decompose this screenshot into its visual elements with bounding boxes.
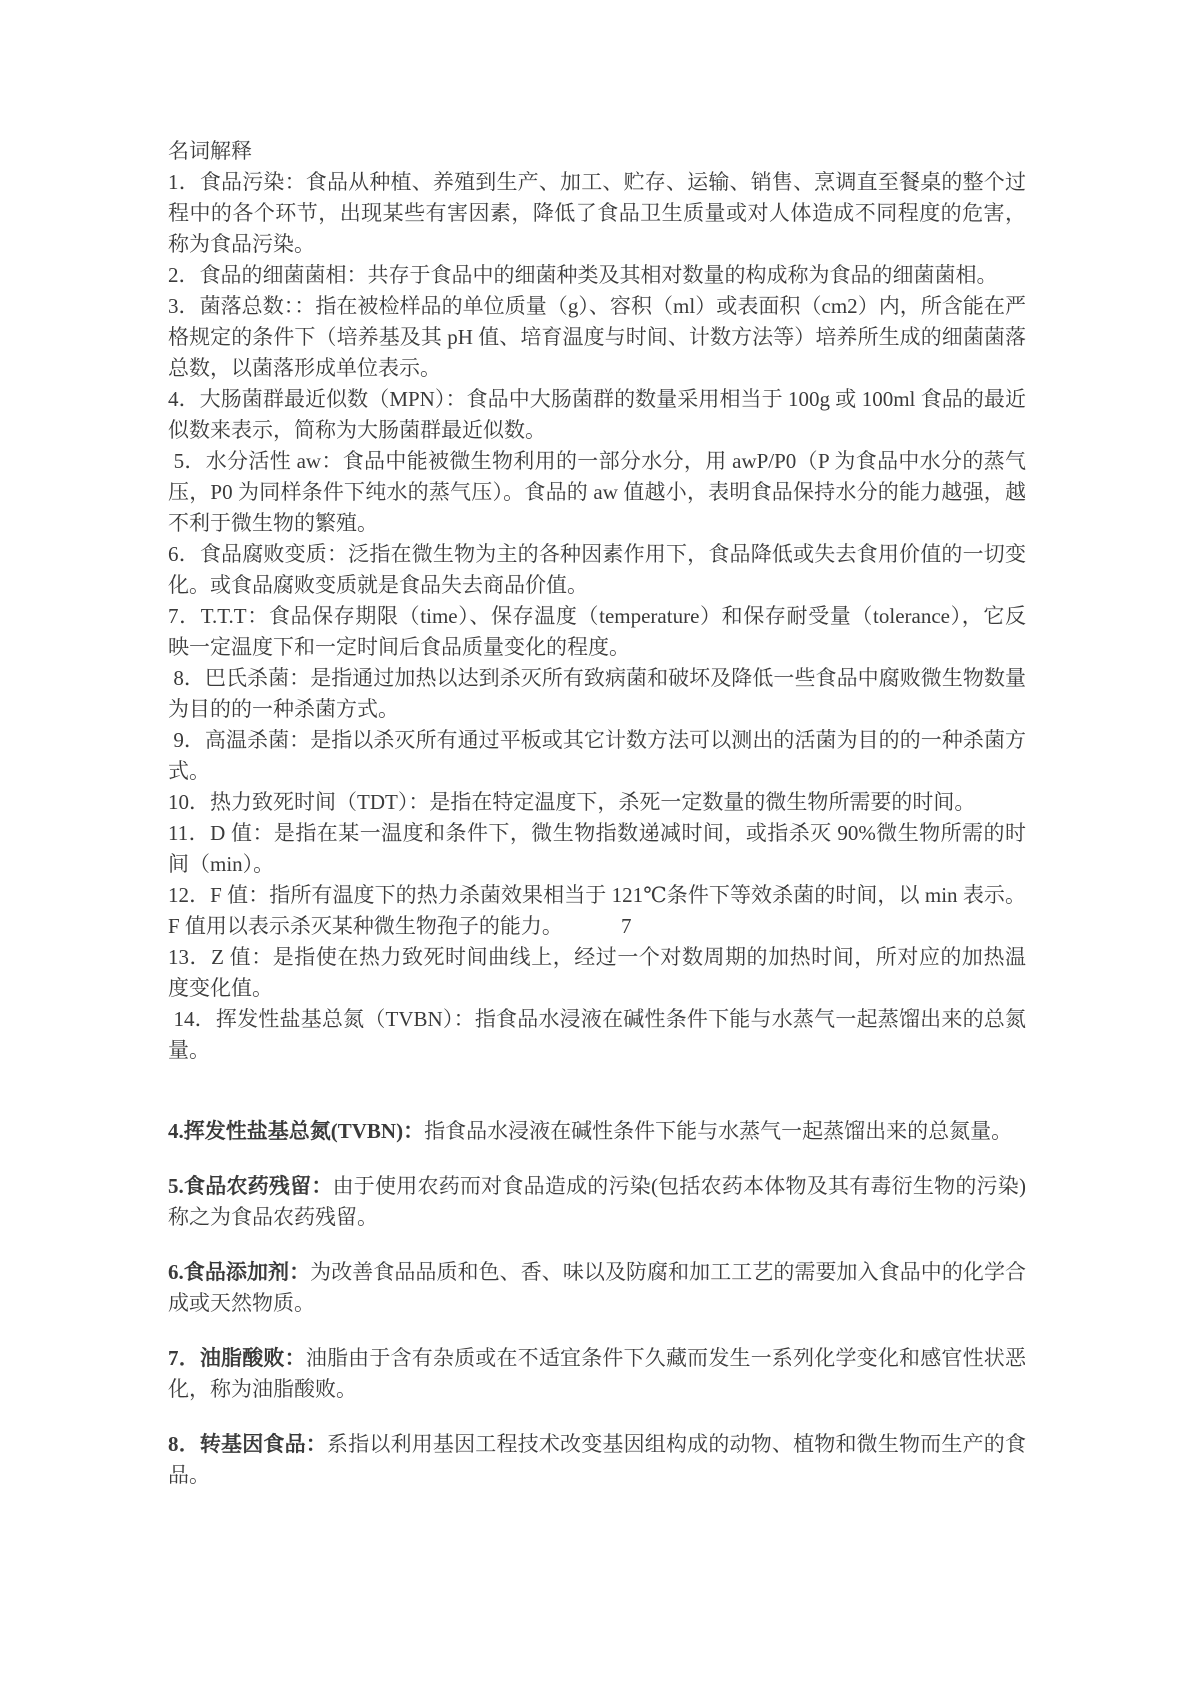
- definition-item-10: 10．热力致死时间（TDT）：是指在特定温度下，杀死一定数量的微生物所需要的时间…: [168, 787, 1026, 818]
- bold-definition-item-7: 7．油脂酸败：油脂由于含有杂质或在不适宜条件下久藏而发生一系列化学变化和感官性状…: [168, 1343, 1026, 1405]
- definition-item-12: 12．F 值：指所有温度下的热力杀菌效果相当于 121℃条件下等效杀菌的时间，以…: [168, 880, 1026, 942]
- definition-item-8: 8．巴氏杀菌：是指通过加热以达到杀灭所有致病菌和破坏及降低一些食品中腐败微生物数…: [168, 663, 1026, 725]
- definition-item-13: 13．Z 值：是指使在热力致死时间曲线上，经过一个对数周期的加热时间，所对应的加…: [168, 942, 1026, 1004]
- bold-definition-item-6: 6.食品添加剂：为改善食品品质和色、香、味以及防腐和加工工艺的需要加入食品中的化…: [168, 1257, 1026, 1319]
- document-content: 名词解释 1．食品污染：食品从种植、养殖到生产、加工、贮存、运输、销售、烹调直至…: [168, 136, 1026, 1491]
- page-title: 名词解释: [168, 136, 1026, 167]
- definition-item-14: 14．挥发性盐基总氮（TVBN）：指食品水浸液在碱性条件下能与水蒸气一起蒸馏出来…: [168, 1004, 1026, 1066]
- definition-item-2: 2．食品的细菌菌相：共存于食品中的细菌种类及其相对数量的构成称为食品的细菌菌相。: [168, 260, 1026, 291]
- definition-item-1: 1．食品污染：食品从种植、养殖到生产、加工、贮存、运输、销售、烹调直至餐桌的整个…: [168, 167, 1026, 260]
- definition-item-11: 11．D 值：是指在某一温度和条件下，微生物指数递减时间，或指杀灭 90%微生物…: [168, 818, 1026, 880]
- bold-definition-item-5: 5.食品农药残留：由于使用农药而对食品造成的污染(包括农药本体物及其有毒衍生物的…: [168, 1171, 1026, 1233]
- bold-definition-text-4: 指食品水浸液在碱性条件下能与水蒸气一起蒸馏出来的总氮量。: [424, 1119, 1012, 1143]
- bold-term-6: 6.食品添加剂：: [168, 1260, 310, 1284]
- bold-term-5: 5.食品农药残留：: [168, 1174, 333, 1198]
- bold-term-8: 8．转基因食品：: [168, 1432, 327, 1456]
- definition-item-4: 4．大肠菌群最近似数（MPN）：食品中大肠菌群的数量采用相当于 100g 或 1…: [168, 384, 1026, 446]
- definition-item-3: 3．菌落总数：：指在被检样品的单位质量（g）、容积（ml）或表面积（cm2）内，…: [168, 291, 1026, 384]
- inline-page-number: 7: [563, 914, 632, 938]
- bold-term-7: 7．油脂酸败：: [168, 1346, 306, 1370]
- definition-item-9: 9．高温杀菌：是指以杀灭所有通过平板或其它计数方法可以测出的活菌为目的的一种杀菌…: [168, 725, 1026, 787]
- definition-item-6: 6．食品腐败变质：泛指在微生物为主的各种因素作用下，食品降低或失去食用价值的一切…: [168, 539, 1026, 601]
- document-page: 名词解释 1．食品污染：食品从种植、养殖到生产、加工、贮存、运输、销售、烹调直至…: [0, 0, 1190, 1683]
- bold-term-4: 4.挥发性盐基总氮(TVBN)：: [168, 1119, 424, 1143]
- bold-definition-item-4: 4.挥发性盐基总氮(TVBN)：指食品水浸液在碱性条件下能与水蒸气一起蒸馏出来的…: [168, 1116, 1026, 1147]
- definition-item-5: 5．水分活性 aw：食品中能被微生物利用的一部分水分，用 awP/P0（P 为食…: [168, 446, 1026, 539]
- bold-definition-item-8: 8．转基因食品：系指以利用基因工程技术改变基因组构成的动物、植物和微生物而生产的…: [168, 1429, 1026, 1491]
- definition-item-7: 7．T.T.T：食品保存期限（time）、保存温度（temperature）和保…: [168, 601, 1026, 663]
